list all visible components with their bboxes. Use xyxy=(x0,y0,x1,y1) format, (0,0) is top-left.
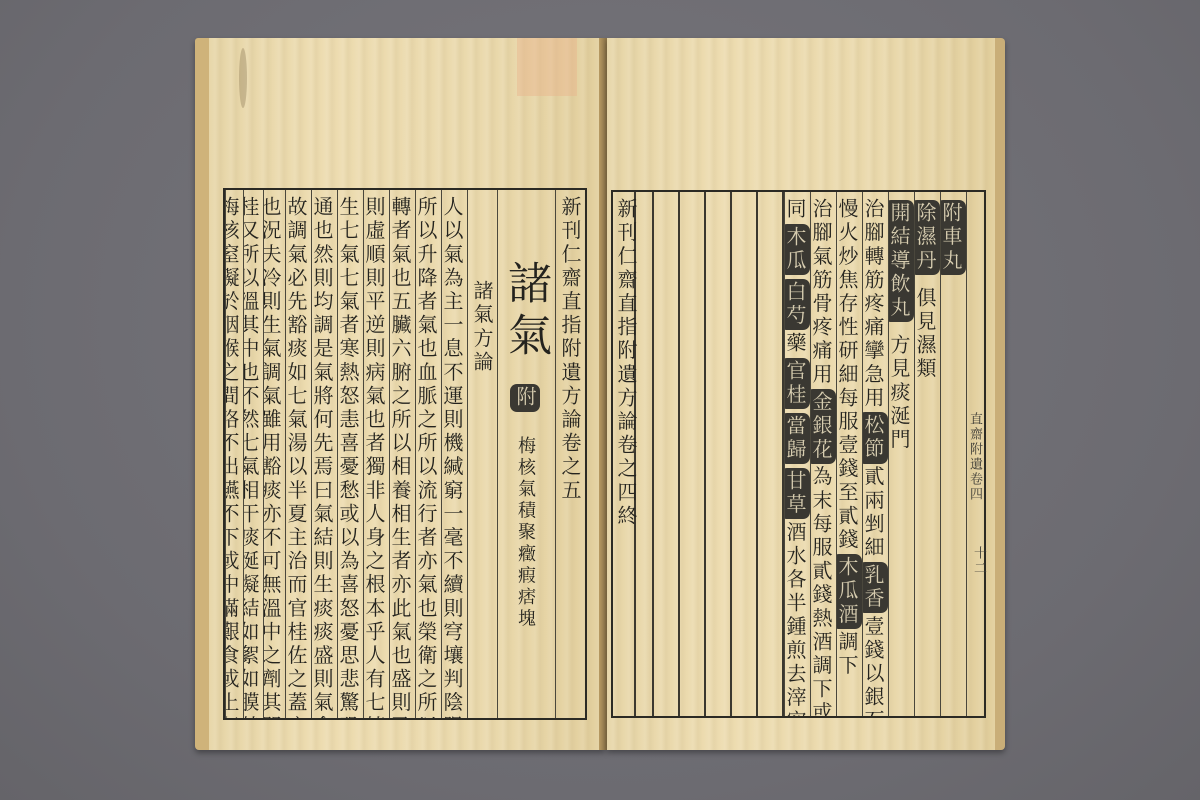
ruled-line xyxy=(782,192,784,716)
text-column-6: 通也然則均調是氣將何先焉曰氣結則生痰痰盛則氣愈結 xyxy=(311,190,337,718)
boxed-herb: 木瓜酒 xyxy=(836,554,862,629)
center-fold-column: 直齋附遺卷四 十二 xyxy=(966,192,984,716)
ruled-line xyxy=(756,192,758,716)
chapter-title-column: 諸氣 附 梅核氣積聚癥瘕痞塊 xyxy=(497,190,555,718)
page-number: 十二 xyxy=(969,546,988,576)
text-column-3: 轉者氣也五臟六腑之所以相養相生者亦此氣也盛則盈衰 xyxy=(389,190,415,718)
recipe-column-3: 開結導飲丸 方見痰涎門 xyxy=(888,192,914,716)
left-page-frame: 新刊仁齋直指附遺方論卷之五 諸氣 附 梅核氣積聚癥瘕痞塊 諸氣方論 人以氣為主一… xyxy=(223,188,587,720)
appendix-marker: 附 xyxy=(510,384,540,412)
recipe-column-1: 附車丸 xyxy=(940,192,966,716)
worm-damage xyxy=(239,48,247,108)
appendix-topics: 梅核氣積聚癥瘕痞塊 xyxy=(515,436,536,630)
boxed-herb: 金銀花 xyxy=(810,389,836,464)
boxed-herb: 甘草 xyxy=(784,468,810,519)
chapter-title: 諸氣 xyxy=(500,260,551,364)
ruled-line xyxy=(652,192,654,716)
boxed-formula: 除濕丹 xyxy=(914,200,940,275)
volume-header-column: 新刊仁齋直指附遺方論卷之五 xyxy=(555,190,585,718)
right-page-frame: 直齋附遺卷四 十二 附車丸 除濕丹 俱見濕類 開結導飲丸 方見痰涎門 治腳轉筋疼… xyxy=(611,190,986,718)
recipe-column-6: 治腳氣筋骨疼痛用金銀花為末每服貳錢熱酒調下或剉碎 xyxy=(810,192,836,716)
closing-title: 新刊仁齋直指附遺方論卷之四終 xyxy=(615,192,641,716)
recipe-column-7: 同木瓜白芍藥官桂當歸甘草酒水各半鍾煎去滓空心熱服 xyxy=(784,192,810,716)
fold-title: 直齋附遺卷四 xyxy=(967,412,982,502)
paper-marker-stain xyxy=(517,38,577,96)
boxed-herb: 當歸 xyxy=(784,413,810,464)
boxed-herb: 乳香 xyxy=(862,562,888,613)
ruled-line xyxy=(678,192,680,716)
boxed-formula: 開結導飲丸 xyxy=(888,200,914,322)
text-column-7: 故調氣必先豁痰如七氣湯以半夏主治而官桂佐之蓋良法 xyxy=(285,190,311,718)
text-column-8: 也況夫冷則生氣調氣雖用豁痰亦不可無溫中之劑其間用 xyxy=(263,190,285,718)
text-column-5: 生七氣七氣者寒熱怒恚喜憂愁或以為喜怒憂思悲驚恐皆 xyxy=(337,190,363,718)
text-column-1: 人以氣為主一息不運則機緘窮一毫不續則穹壤判陰陽之 xyxy=(441,190,467,718)
left-page: 新刊仁齋直指附遺方論卷之五 諸氣 附 梅核氣積聚癥瘕痞塊 諸氣方論 人以氣為主一… xyxy=(195,38,605,750)
boxed-formula: 附車丸 xyxy=(940,200,966,275)
recipe-column-4: 治腳轉筋疼痛攣急用松節貳兩剉細乳香壹錢以銀石器內 xyxy=(862,192,888,716)
open-book: 新刊仁齋直指附遺方論卷之五 諸氣 附 梅核氣積聚癥瘕痞塊 諸氣方論 人以氣為主一… xyxy=(195,38,1010,750)
boxed-herb: 松節 xyxy=(862,412,888,463)
text-column-9: 桂又所以溫其中也不然七氣相干痰涎凝結如絮如膜甚如 xyxy=(243,190,263,718)
right-page: 直齋附遺卷四 十二 附車丸 除濕丹 俱見濕類 開結導飲丸 方見痰涎門 治腳轉筋疼… xyxy=(607,38,1005,750)
boxed-herb: 木瓜 xyxy=(784,224,810,275)
ruled-line xyxy=(730,192,732,716)
text-column-4: 則虛順則平逆則病氣也者獨非人身之根本乎人有七情病 xyxy=(363,190,389,718)
recipe-column-5: 慢火炒焦存性研細每服壹錢至貳錢木瓜酒調下 xyxy=(836,192,862,716)
ruled-line xyxy=(704,192,706,716)
text-column-10: 梅核窒礙於咽喉之間咯不出嚥不下或中滿艱食或上氣喘 xyxy=(225,190,243,718)
boxed-herb: 白芍 xyxy=(784,279,810,330)
section-title: 諸氣方論 xyxy=(467,190,497,718)
recipe-column-2: 除濕丹 俱見濕類 xyxy=(914,192,940,716)
text-column-2: 所以升降者氣也血脈之所以流行者亦氣也榮衛之所以運 xyxy=(415,190,441,718)
boxed-herb: 官桂 xyxy=(784,358,810,409)
